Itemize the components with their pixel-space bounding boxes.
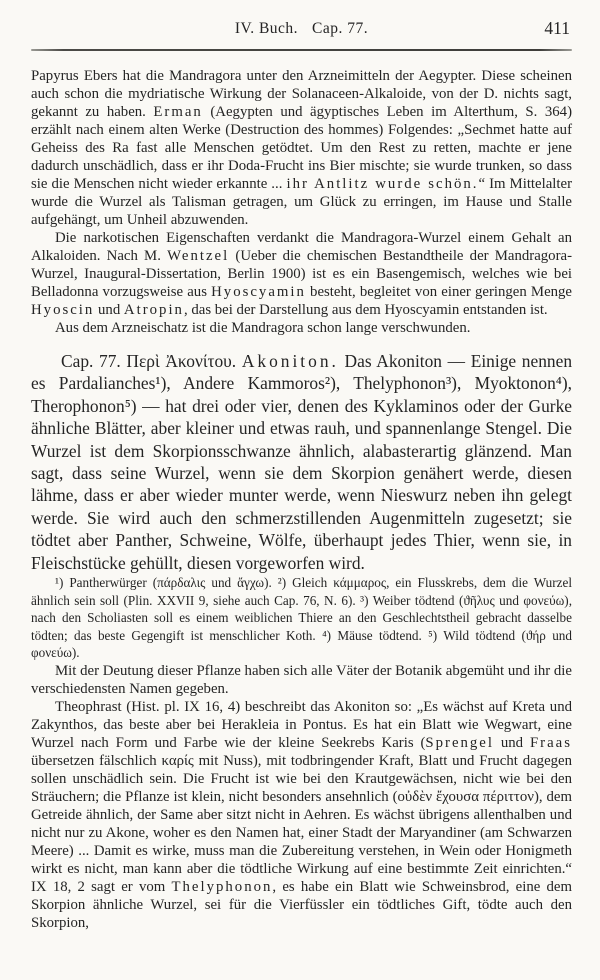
emphasized-text-run: Fraas — [530, 735, 572, 751]
text-block: Papyrus Ebers hat die Mandragora unter d… — [31, 67, 572, 932]
page-number: 411 — [544, 18, 570, 39]
paragraph-footnotes: ¹) Pantherwürger (πάρδαλις und ἄγχω). ²)… — [31, 574, 572, 662]
text-run: übersetzen fälschlich καρίς mit Nuss), m… — [31, 753, 572, 895]
text-run: , das bei der Darstellung aus dem Hyoscy… — [184, 302, 548, 318]
text-run: Mit der Deutung dieser Pflanze haben sic… — [31, 663, 572, 697]
running-head-book: IV. Buch. — [235, 20, 298, 37]
text-run: ¹) Pantherwürger (πάρδαλις und ἄγχω). ²)… — [31, 575, 572, 660]
paragraph-mandragora-alkaloide: Die narkotischen Eigenschaften verdankt … — [31, 229, 572, 319]
text-run: und — [94, 302, 124, 318]
emphasized-text-run: Hyoscin — [31, 302, 94, 318]
text-run: und — [494, 735, 530, 751]
text-run: Cap. 77. Περὶ Ἀκονίτου. — [61, 351, 242, 371]
paragraph-deutung: Mit der Deutung dieser Pflanze haben sic… — [31, 662, 572, 698]
text-run: Aus dem Arzneischatz ist die Mandragora … — [55, 320, 470, 336]
emphasized-text-run: Thelyphonon — [171, 879, 272, 895]
emphasized-text-run: Erman — [153, 104, 202, 120]
running-head: IV. Buch.Cap. 77. 411 — [31, 20, 572, 42]
paragraph-mandragora-papyrus: Papyrus Ebers hat die Mandragora unter d… — [31, 67, 572, 229]
paragraph-cap-77-akoniton: Cap. 77. Περὶ Ἀκονίτου. Akoniton. Das Ak… — [31, 350, 572, 574]
paragraph-arzneischatz: Aus dem Arzneischatz ist die Mandragora … — [31, 319, 572, 337]
paragraph-theophrast: Theophrast (Hist. pl. IX 16, 4) beschrei… — [31, 698, 572, 932]
emphasized-text-run: Wentzel — [167, 248, 229, 264]
running-head-chapter: Cap. 77. — [312, 20, 368, 37]
emphasized-text-run: Sprengel — [425, 735, 494, 751]
text-run: Das Akoniton — Einige nennen es Pardalia… — [31, 351, 572, 573]
running-head-title: IV. Buch.Cap. 77. — [31, 20, 572, 38]
emphasized-text-run: Atropin — [124, 302, 184, 318]
emphasized-text-run: Akoniton. — [242, 351, 339, 371]
book-page: IV. Buch.Cap. 77. 411 Papyrus Ebers hat … — [0, 0, 600, 980]
header-rule — [31, 49, 572, 51]
emphasized-text-run: ihr Antlitz wurde schön. — [286, 176, 478, 192]
emphasized-text-run: Hyoscyamin — [211, 284, 306, 300]
text-run: besteht, begleitet von einer geringen Me… — [306, 284, 572, 300]
